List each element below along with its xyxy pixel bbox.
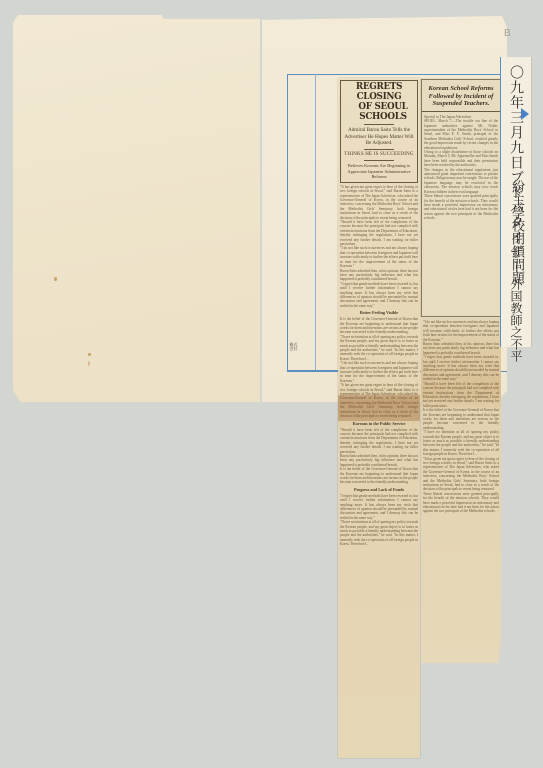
article2-headline: Korean School Reforms Followed by Incide… (424, 85, 498, 108)
paragraph: It is the belief of the Governor-General… (338, 317, 420, 335)
paragraph: "I regret that gentle methods have been … (338, 282, 420, 308)
paragraph: It is the belief of the Governor-General… (421, 408, 501, 430)
stain-spot (88, 361, 90, 366)
blue-tab-marker (521, 108, 529, 120)
paragraph: "It has given me great regret to hear of… (421, 457, 501, 492)
section-head: Koreans in the Public Service (338, 421, 420, 426)
paragraph: These liberal concessions were granted p… (422, 194, 500, 220)
stain-spot (88, 353, 91, 356)
left-blank-page (13, 15, 260, 402)
paragraph: "Should it have been left of the complet… (338, 428, 420, 454)
headline-line1: REGRETS CLOSING (341, 82, 417, 102)
blue-inner-rule (315, 74, 316, 370)
paragraph: "I have no intention at all of sparing m… (338, 335, 420, 361)
paragraph: Owing to a slight disturbance in those s… (422, 150, 500, 168)
subdeck-2: Believes Koreans Are Beginning to Apprec… (341, 163, 417, 180)
paragraph: "I regret that gentle methods have been … (421, 355, 501, 381)
paragraph: "I have no intention at all of sparing m… (338, 520, 420, 546)
paragraph: "Should it have been left of the complet… (421, 382, 501, 408)
paragraph: "It has given me great regret to hear of… (338, 185, 420, 220)
headline-line2: OF SEOUL SCHOOLS (341, 102, 417, 122)
paragraph: "I do not like such occurrences and am a… (338, 361, 420, 383)
paragraph: Baron Saito admitted then, in his opinio… (421, 342, 501, 355)
glue-stain (338, 395, 420, 421)
paragraph: Baron Saito admitted then, in his opinio… (338, 454, 420, 467)
paragraph: "I regret that gentle methods have been … (338, 494, 420, 520)
section-head: Progress and Lack of Funds (338, 487, 420, 492)
seal-stamp: 株式会社 (289, 343, 298, 361)
annotation-line: 外国教師之不平 (502, 278, 530, 362)
paragraph: These liberal concessions were granted p… (421, 492, 501, 514)
paragraph: Baron Saito admitted then, in his opinio… (338, 269, 420, 282)
subdeck: THINKS HE IS SUCCEEDING (341, 152, 417, 159)
paragraph: It is the belief of the Governor-General… (338, 467, 420, 485)
corner-mark: B (504, 28, 511, 39)
clipping-continuation: "I do not like such occurrences and am a… (421, 318, 501, 663)
deck: Admiral Baron Saito Tells the Advertiser… (341, 127, 417, 147)
section-head: Better Feeling Visible (338, 310, 420, 315)
clipping-article-korean-school-reforms: Korean School Reforms Followed by Incide… (421, 79, 501, 317)
paragraph: "I have no intention at all of sparing m… (421, 430, 501, 456)
stain-spot (54, 277, 57, 281)
paragraph: SEOUL, March 7.—The trouble out line of … (422, 119, 500, 150)
annotation-line: 紛主學校閉鎖問題 (502, 180, 530, 284)
paragraph: The changes in the educational regulatio… (422, 168, 500, 194)
paragraph: "I do not like such occurrences and am a… (338, 246, 420, 268)
paragraph: "I do not like such occurrences and am a… (421, 320, 501, 342)
paragraph: "Should it have been left of the complet… (338, 220, 420, 246)
